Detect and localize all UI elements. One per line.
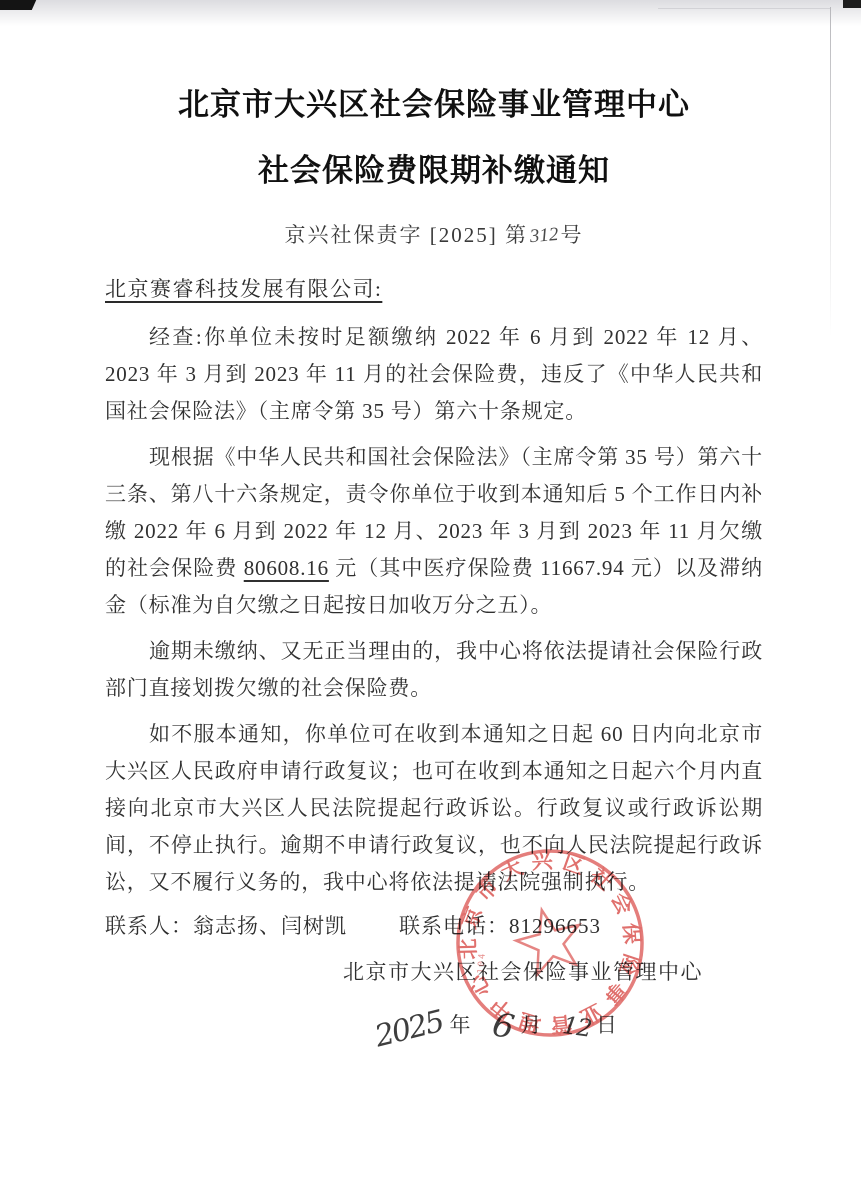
notice-content: 北京市大兴区社会保险事业管理中心 社会保险费限期补缴通知 京兴社保责字 [202… bbox=[105, 86, 763, 1043]
title-org: 北京市大兴区社会保险事业管理中心 bbox=[105, 86, 763, 125]
signature-org: 北京市大兴区社会保险事业管理中心 bbox=[105, 956, 763, 986]
paragraph-overdue-consequence: 逾期未缴纳、又无正当理由的，我中心将依法提请社会保险行政部门直接划拨欠缴的社会保… bbox=[105, 633, 763, 707]
paragraph-findings: 经查:你单位未按时足额缴纳 2022 年 6 月到 2022 年 12 月、20… bbox=[105, 319, 763, 430]
seal-circular-text: 北京市大兴区社会保险事业管理中心 bbox=[435, 828, 665, 1058]
svg-text:北京市大兴区社会保险事业管理中心: 北京市大兴区社会保险事业管理中心 bbox=[435, 828, 665, 1058]
scanned-notice-page: 北京市大兴区社会保险事业管理中心 社会保险费限期补缴通知 京兴社保责字 [202… bbox=[0, 0, 861, 1183]
paper-edge-line-top bbox=[658, 8, 830, 9]
scan-corner-mark-left bbox=[0, 0, 36, 10]
scan-corner-mark-right bbox=[843, 0, 861, 8]
scan-top-shadow bbox=[0, 0, 861, 26]
doc-number-handwritten-serial: 312 bbox=[529, 223, 559, 247]
contact-person: 联系人：翁志扬、闫树凯 bbox=[105, 910, 347, 940]
owed-amount: 80608.16 bbox=[244, 556, 329, 580]
handwritten-year: 2025 bbox=[372, 1004, 447, 1054]
doc-number-prefix: 京兴社保责字 [2025] 第 bbox=[285, 223, 529, 247]
paragraph-order: 现根据《中华人民共和国社会保险法》（主席令第 35 号）第六十三条、第八十六条规… bbox=[105, 439, 763, 624]
title-notice: 社会保险费限期补缴通知 bbox=[105, 152, 763, 191]
seal-star-icon bbox=[510, 902, 588, 977]
doc-number-line: 京兴社保责字 [2025] 第312号 bbox=[105, 219, 763, 249]
recipient-company: 北京赛睿科技发展有限公司: bbox=[105, 273, 382, 303]
doc-number-suffix: 号 bbox=[561, 223, 584, 247]
paper-edge-line bbox=[830, 7, 831, 337]
seal-code-fragment: 104 bbox=[477, 951, 489, 974]
contact-row: 联系人：翁志扬、闫树凯 联系电话：81296653 bbox=[105, 910, 763, 940]
